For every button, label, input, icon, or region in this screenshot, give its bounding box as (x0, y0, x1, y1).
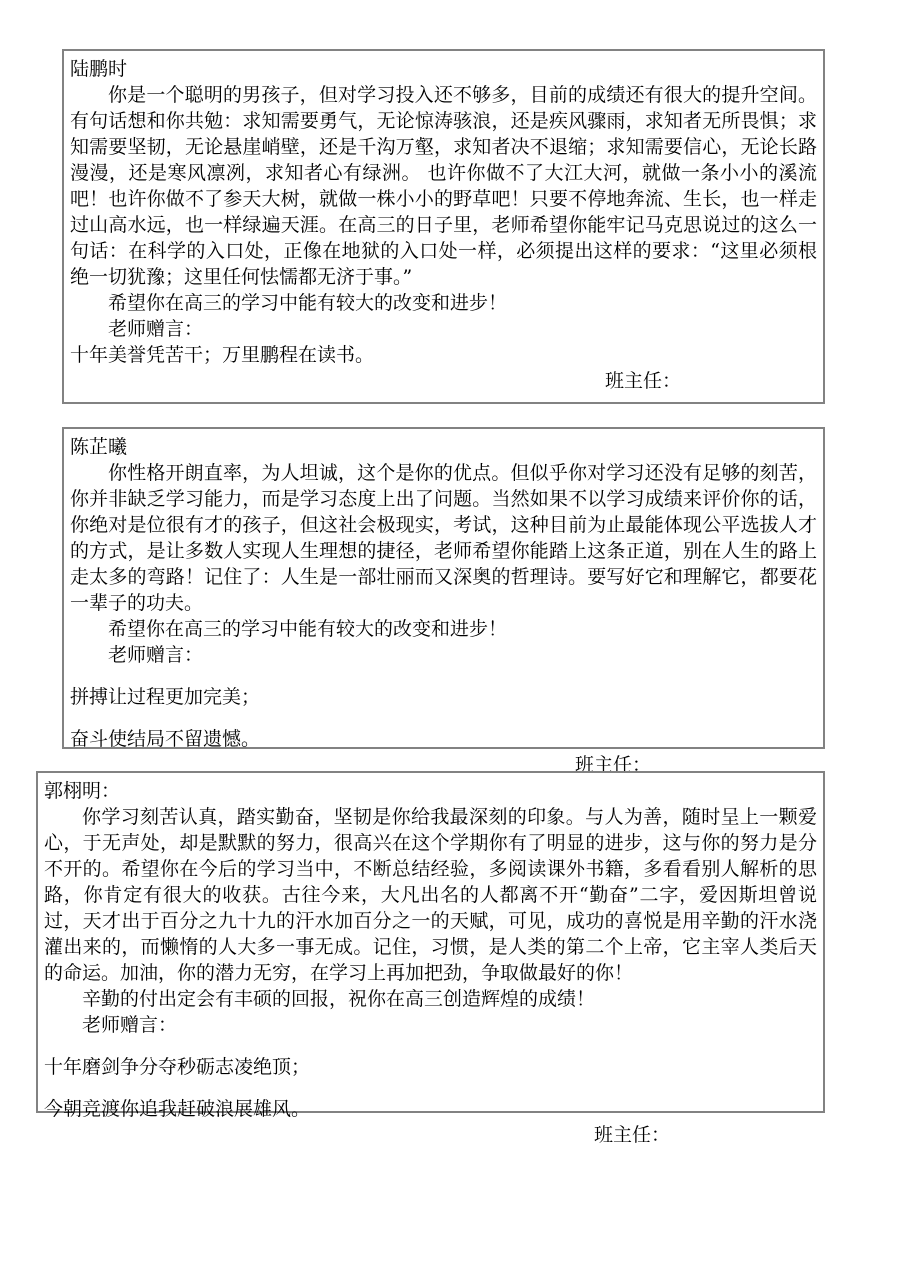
hope-line: 希望你在高三的学习中能有较大的改变和进步！ (70, 616, 817, 642)
motto-line: 十年美誉凭苦干；万里鹏程在读书。 (70, 342, 817, 368)
motto-line: 今朝竞渡你追我赶破浪展雄风。 (44, 1096, 817, 1122)
head-teacher-signature: 班主任： (594, 1122, 817, 1148)
hope-line: 希望你在高三的学习中能有较大的改变和进步！ (70, 290, 817, 316)
motto-line: 奋斗使结局不留遗憾。 (70, 726, 817, 752)
student-name: 陈芷曦 (70, 434, 817, 460)
motto-line: 十年磨剑争分夺秒砺志凌绝顶； (44, 1054, 817, 1080)
student-name: 陆鹏时 (70, 56, 817, 82)
motto-line: 拼搏让过程更加完美； (70, 684, 817, 710)
teacher-comment-card-1: 陆鹏时 你是一个聪明的男孩子，但对学习投入还不够多，目前的成绩还有很大的提升空间… (62, 49, 825, 404)
head-teacher-signature: 班主任： (605, 368, 817, 394)
student-name: 郭栩明： (44, 778, 817, 804)
comment-paragraph: 你性格开朗直率，为人坦诚，这个是你的优点。但似乎你对学习还没有足够的刻苦，你并非… (70, 460, 817, 616)
teacher-comment-card-2: 陈芷曦 你性格开朗直率，为人坦诚，这个是你的优点。但似乎你对学习还没有足够的刻苦… (62, 427, 825, 749)
comment-paragraph: 你学习刻苦认真，踏实勤奋，坚韧是你给我最深刻的印象。与人为善，随时呈上一颗爱心，… (44, 804, 817, 986)
document-page: 陆鹏时 你是一个聪明的男孩子，但对学习投入还不够多，目前的成绩还有很大的提升空间… (0, 0, 900, 1286)
comment-paragraph: 你是一个聪明的男孩子，但对学习投入还不够多，目前的成绩还有很大的提升空间。有句话… (70, 82, 817, 290)
teacher-comment-card-3: 郭栩明： 你学习刻苦认真，踏实勤奋，坚韧是你给我最深刻的印象。与人为善，随时呈上… (36, 771, 825, 1113)
teacher-gift-label: 老师赠言： (70, 642, 817, 668)
teacher-gift-label: 老师赠言： (70, 316, 817, 342)
hope-line: 辛勤的付出定会有丰硕的回报，祝你在高三创造辉煌的成绩！ (44, 986, 817, 1012)
teacher-gift-label: 老师赠言： (44, 1012, 817, 1038)
